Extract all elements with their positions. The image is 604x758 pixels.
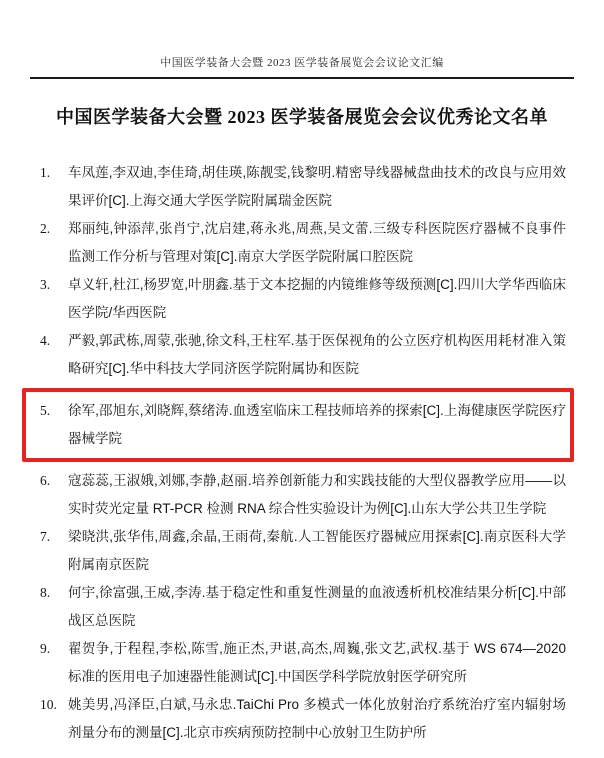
running-head: 中国医学装备大会暨 2023 医学装备展览会会议论文汇编 xyxy=(0,0,604,70)
list-item: 7. 梁晓洪,张华伟,周鑫,余晶,王雨荷,秦航.人工智能医疗器械应用探索[C].… xyxy=(40,523,566,579)
list-item: 3. 卓义轩,杜江,杨罗宽,叶朋鑫.基于文本挖掘的内镜维修等级预测[C].四川大… xyxy=(40,271,566,327)
item-number: 2. xyxy=(40,215,68,271)
item-number: 7. xyxy=(40,523,68,579)
list-item-highlighted: 5. 徐军,邵旭东,刘晓辉,蔡绪涛.血透室临床工程技师培养的探索[C].上海健康… xyxy=(22,388,574,462)
item-number: 5. xyxy=(40,397,68,453)
list-item: 6. 寇蕊蕊,王淑娥,刘娜,李静,赵丽.培养创新能力和实践技能的大型仪器教学应用… xyxy=(40,467,566,523)
item-number: 1. xyxy=(40,159,68,215)
item-text: 何宇,徐富强,王威,李涛.基于稳定性和重复性测量的血液透析机校准结果分析[C].… xyxy=(68,579,566,635)
header-divider xyxy=(30,77,574,79)
item-text: 严毅,郭武栋,周蒙,张驰,徐文科,王柱军.基于医保视角的公立医疗机构医用耗材准入… xyxy=(68,327,566,383)
list-item: 4. 严毅,郭武栋,周蒙,张驰,徐文科,王柱军.基于医保视角的公立医疗机构医用耗… xyxy=(40,327,566,383)
list-item: 1. 车凤莲,李双迪,李佳琦,胡佳瑛,陈靓雯,钱黎明.精密导线器械盘曲技术的改良… xyxy=(40,159,566,215)
item-number: 10. xyxy=(40,691,68,747)
item-text: 车凤莲,李双迪,李佳琦,胡佳瑛,陈靓雯,钱黎明.精密导线器械盘曲技术的改良与应用… xyxy=(68,159,566,215)
document-page: 中国医学装备大会暨 2023 医学装备展览会会议论文汇编 中国医学装备大会暨 2… xyxy=(0,0,604,758)
item-text: 徐军,邵旭东,刘晓辉,蔡绪涛.血透室临床工程技师培养的探索[C].上海健康医学院… xyxy=(68,397,566,453)
item-text: 翟贺争,于程程,李松,陈雪,施正杰,尹谌,高杰,周巍,张文艺,武权.基于 WS … xyxy=(68,635,566,691)
page-title: 中国医学装备大会暨 2023 医学装备展览会会议优秀论文名单 xyxy=(0,103,604,129)
item-text: 姚美男,冯泽臣,白斌,马永忠.TaiChi Pro 多模式一体化放射治疗系统治疗… xyxy=(68,691,566,747)
list-item: 2. 郑丽纯,钟添萍,张肖宁,沈启建,蒋永兆,周燕,吴文蕾.三级专科医院医疗器械… xyxy=(40,215,566,271)
list-item: 9. 翟贺争,于程程,李松,陈雪,施正杰,尹谌,高杰,周巍,张文艺,武权.基于 … xyxy=(40,635,566,691)
list-item: 10. 姚美男,冯泽臣,白斌,马永忠.TaiChi Pro 多模式一体化放射治疗… xyxy=(40,691,566,747)
list-item: 8. 何宇,徐富强,王威,李涛.基于稳定性和重复性测量的血液透析机校准结果分析[… xyxy=(40,579,566,635)
item-number: 4. xyxy=(40,327,68,383)
paper-list: 1. 车凤莲,李双迪,李佳琦,胡佳瑛,陈靓雯,钱黎明.精密导线器械盘曲技术的改良… xyxy=(40,159,566,747)
item-number: 3. xyxy=(40,271,68,327)
item-text: 寇蕊蕊,王淑娥,刘娜,李静,赵丽.培养创新能力和实践技能的大型仪器教学应用——以… xyxy=(68,467,566,523)
item-number: 9. xyxy=(40,635,68,691)
item-text: 郑丽纯,钟添萍,张肖宁,沈启建,蒋永兆,周燕,吴文蕾.三级专科医院医疗器械不良事… xyxy=(68,215,566,271)
item-number: 6. xyxy=(40,467,68,523)
item-text: 梁晓洪,张华伟,周鑫,余晶,王雨荷,秦航.人工智能医疗器械应用探索[C].南京医… xyxy=(68,523,566,579)
item-number: 8. xyxy=(40,579,68,635)
item-text: 卓义轩,杜江,杨罗宽,叶朋鑫.基于文本挖掘的内镜维修等级预测[C].四川大学华西… xyxy=(68,271,566,327)
